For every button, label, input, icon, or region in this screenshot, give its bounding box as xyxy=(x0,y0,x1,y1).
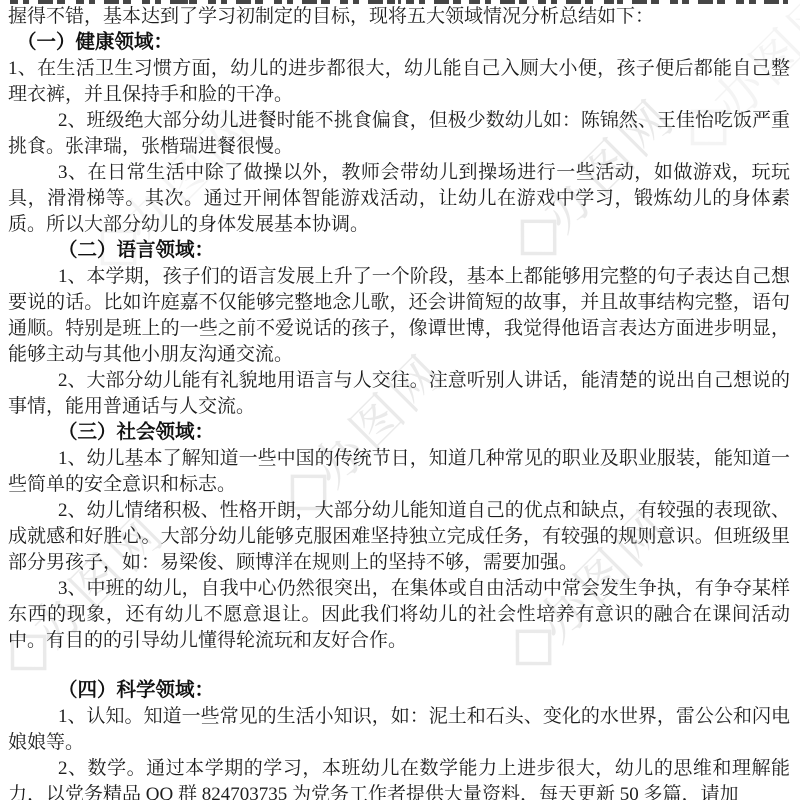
section-heading: （四）科学领域： xyxy=(8,678,790,704)
paragraph: 1、在生活卫生习惯方面，幼儿的进步都很大，幼儿能自己入厕大小便，孩子便后都能自己… xyxy=(8,56,790,108)
paragraph: 1、幼儿基本了解知道一些中国的传统节日，知道几种常见的职业及职业服装，能知道一些… xyxy=(8,446,790,498)
section-heading: （二）语言领域： xyxy=(8,238,790,264)
paragraph: 3、在日常生活中除了做操以外，教师会带幼儿到操场进行一些活动，如做游戏，玩玩具，… xyxy=(8,160,790,238)
section-heading: （一）健康领域： xyxy=(8,30,790,56)
paragraph: 1、本学期，孩子们的语言发展上升了一个阶段，基本上都能够用完整的句子表达自己想要… xyxy=(8,264,790,368)
paragraph: 2、大部分幼儿能有礼貌地用语言与人交往。注意听别人讲话，能清楚的说出自己想说的事… xyxy=(8,368,790,420)
section-heading: （三）社会领域： xyxy=(8,420,790,446)
document-content: 握得不错，基本达到了学习初制定的目标，现将五大领域情况分析总结如下： （一）健康… xyxy=(8,4,790,800)
paragraph: 2、班级绝大部分幼儿进餐时能不挑食偏食，但极少数幼儿如：陈锦然、王佳怡吃饭严重挑… xyxy=(8,108,790,160)
intro-line: 握得不错，基本达到了学习初制定的目标，现将五大领域情况分析总结如下： xyxy=(8,4,790,30)
paragraph: 2、数学。通过本学期的学习，本班幼儿在数学能力上进步很大，幼儿的思维和理解能力，… xyxy=(8,756,790,800)
paragraph: 2、幼儿情绪积极、性格开朗，大部分幼儿能知道自己的优点和缺点，有较强的表现欲、成… xyxy=(8,498,790,576)
paragraph: 1、认知。知道一些常见的生活小知识，如：泥土和石头、变化的水世界，雷公公和闪电娘… xyxy=(8,704,790,756)
document-page: ◇办图网◇办图网◇办图网◇办图网◇办图网◇办图网 握得不错，基本达到了学习初制定… xyxy=(0,0,800,800)
paragraph: 3、中班的幼儿，自我中心仍然很突出，在集体或自由活动中常会发生争执，有争夺某样东… xyxy=(8,576,790,654)
